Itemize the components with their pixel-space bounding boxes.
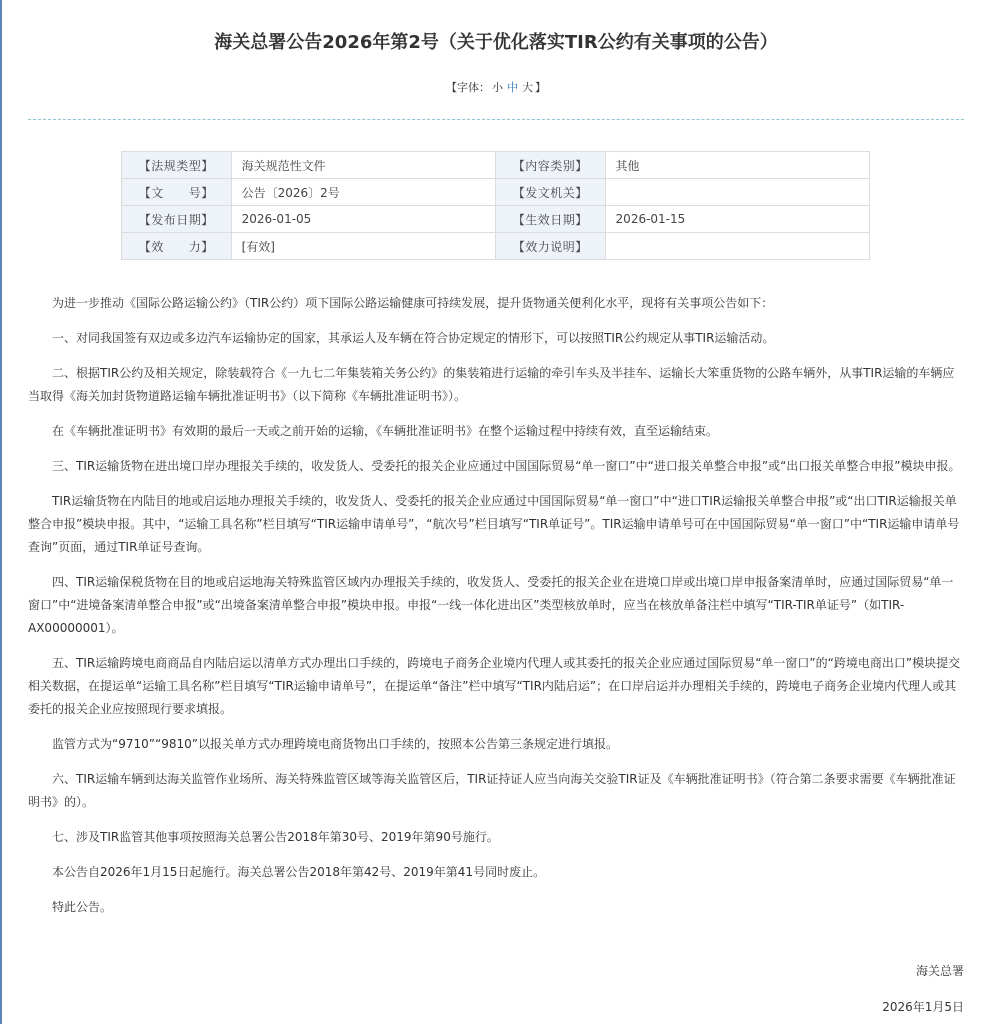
table-row: 【文 号】 公告〔2026〕2号 【发文机关】 — [122, 179, 870, 206]
value-document-number: 公告〔2026〕2号 — [231, 179, 495, 206]
label-validity: 【效 力】 — [122, 233, 232, 260]
value-content-category: 其他 — [605, 152, 869, 179]
dashed-divider — [28, 119, 964, 120]
font-size-suffix: 】 — [535, 81, 546, 94]
label-publish-date: 【发布日期】 — [122, 206, 232, 233]
label-validity-note: 【效力说明】 — [495, 233, 605, 260]
paragraph-article-5-supervision: 监管方式为“9710”“9810”以报关单方式办理跨境电商货物出口手续的，按照本… — [28, 733, 964, 756]
label-content-category: 【内容类别】 — [495, 152, 605, 179]
paragraph-article-2-validity: 在《车辆批准证明书》有效期的最后一天或之前开始的运输，《车辆批准证明书》在整个运… — [28, 420, 964, 443]
announcement-body: 为进一步推动《国际公路运输公约》（TIR公约）项下国际公路运输健康可持续发展，提… — [28, 292, 964, 931]
paragraph-article-7: 七、涉及TIR监管其他事项按照海关总署公告2018年第30号、2019年第90号… — [28, 826, 964, 849]
table-row: 【效 力】 [有效] 【效力说明】 — [122, 233, 870, 260]
table-row: 【发布日期】 2026-01-05 【生效日期】 2026-01-15 — [122, 206, 870, 233]
font-size-small[interactable]: 小 — [492, 81, 503, 94]
signature-date: 2026年1月5日 — [882, 998, 964, 1015]
value-effective-date: 2026-01-15 — [605, 206, 869, 233]
value-validity: [有效] — [231, 233, 495, 260]
value-publish-date: 2026-01-05 — [231, 206, 495, 233]
value-validity-note — [605, 233, 869, 260]
paragraph-intro: 为进一步推动《国际公路运输公约》（TIR公约）项下国际公路运输健康可持续发展，提… — [28, 292, 964, 315]
font-size-prefix: 【字体： — [446, 81, 490, 94]
font-size-medium[interactable]: 中 — [507, 81, 518, 94]
label-issuing-authority: 【发文机关】 — [495, 179, 605, 206]
metadata-table: 【法规类型】 海关规范性文件 【内容类别】 其他 【文 号】 公告〔2026〕2… — [121, 151, 870, 260]
paragraph-article-3-inland: TIR运输货物在内陆目的地或启运地办理报关手续的，收发货人、受委托的报关企业应通… — [28, 490, 964, 559]
paragraph-article-4: 四、TIR运输保税货物在目的地或启运地海关特殊监管区域内办理报关手续的，收发货人… — [28, 571, 964, 640]
paragraph-article-2: 二、根据TIR公约及相关规定，除装载符合《一九七二年集装箱关务公约》的集装箱进行… — [28, 362, 964, 408]
left-border-rule — [0, 0, 2, 1024]
font-size-large[interactable]: 大 — [522, 81, 533, 94]
paragraph-article-5: 五、TIR运输跨境电商商品自内陆启运以清单方式办理出口手续的，跨境电子商务企业境… — [28, 652, 964, 721]
paragraph-article-1: 一、对同我国签有双边或多边汽车运输协定的国家，其承运人及车辆在符合协定规定的情形… — [28, 327, 964, 350]
paragraph-article-3: 三、TIR运输货物在进出境口岸办理报关手续的，收发货人、受委托的报关企业应通过中… — [28, 455, 964, 478]
font-size-switcher: 【字体：小中大】 — [28, 79, 964, 95]
label-effective-date: 【生效日期】 — [495, 206, 605, 233]
label-document-number: 【文 号】 — [122, 179, 232, 206]
page-title: 海关总署公告2026年第2号（关于优化落实TIR公约有关事项的公告） — [28, 28, 964, 54]
paragraph-closing: 特此公告。 — [28, 896, 964, 919]
table-row: 【法规类型】 海关规范性文件 【内容类别】 其他 — [122, 152, 870, 179]
paragraph-effective: 本公告自2026年1月15日起施行。海关总署公告2018年第42号、2019年第… — [28, 861, 964, 884]
label-regulation-type: 【法规类型】 — [122, 152, 232, 179]
paragraph-article-6: 六、TIR运输车辆到达海关监管作业场所、海关特殊监管区域等海关监管区后，TIR证… — [28, 768, 964, 814]
signature-issuer: 海关总署 — [916, 962, 964, 979]
value-issuing-authority — [605, 179, 869, 206]
value-regulation-type: 海关规范性文件 — [231, 152, 495, 179]
